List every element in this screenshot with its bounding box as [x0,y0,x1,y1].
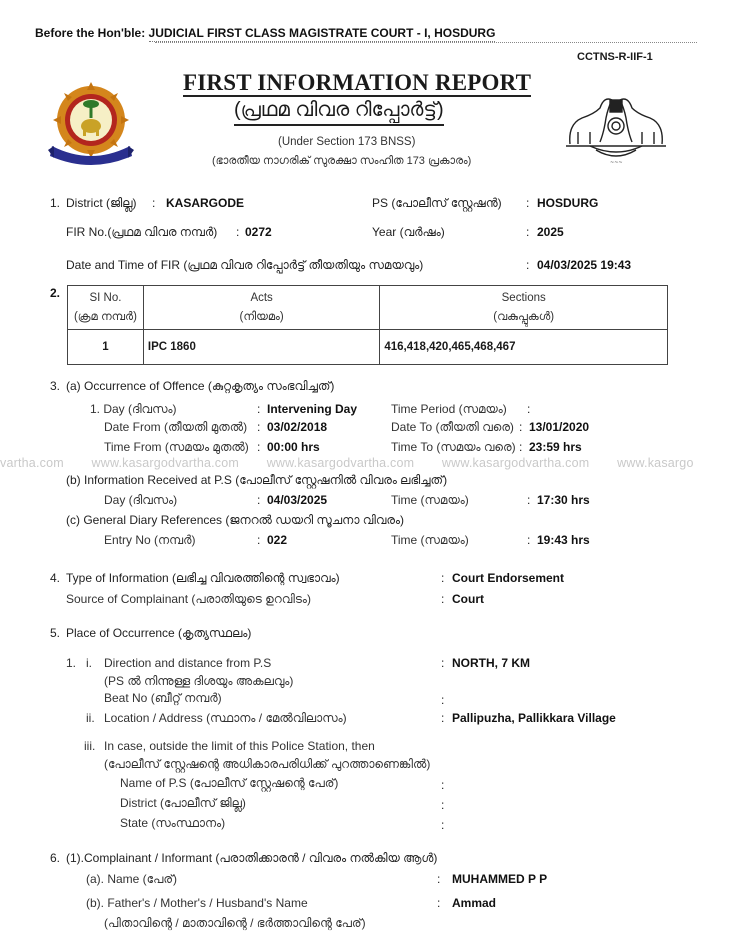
form-code: CCTNS-R-IIF-1 [577,51,653,63]
time-from-label: Time From (സമയം മുതൽ) [104,440,249,455]
column-header-text: SI No. [68,289,143,308]
fir-datetime-label: Date and Time of FIR (പ്രഥമ വിവര റിപ്പോർ… [66,258,423,273]
ps-colon: : [526,196,529,210]
received-time-value: 17:30 hrs [537,493,590,507]
type-of-information-label: Type of Information (ലഭിച്ച വിവരത്തിന്റെ… [66,571,340,586]
date-to-colon: : [519,420,522,434]
source-of-complainant-value: Court [452,592,484,606]
section-6-number: 6. [50,851,60,865]
report-title: FIRST INFORMATION REPORT [183,70,531,97]
location-colon: : [441,711,444,725]
received-time-label: Time (സമയം) [391,493,469,508]
district-label: District (ജില്ല) [66,196,136,211]
ps-value: HOSDURG [537,196,598,210]
court-name: JUDICIAL FIRST CLASS MAGISTRATE COURT - … [149,26,496,42]
relative-name-colon: : [437,896,440,910]
complainant-name-colon: : [437,872,440,886]
gd-time-label: Time (സമയം) [391,533,469,548]
time-to-colon: : [519,440,522,454]
time-period-colon: : [527,402,530,416]
column-header-text-ml: (വകുപ്പുകൾ) [380,308,667,327]
year-value: 2025 [537,225,564,239]
column-header-sl-no: SI No.(ക്രമ നമ്പർ) [68,286,144,330]
type-colon: : [441,571,444,585]
year-colon: : [526,225,529,239]
source-of-complainant-label: Source of Complainant (പരാതിയുടെ ഉറവിടം) [66,592,311,607]
entry-no-value: 022 [267,533,287,547]
state-colon: : [441,818,444,832]
watermark-text: vartha.com www.kasargodvartha.com www.ka… [0,456,694,470]
time-from-value: 00:00 hrs [267,440,320,454]
date-from-label: Date From (തീയതി മുതൽ) [104,420,247,435]
day-value: Intervening Day [267,402,357,416]
ps-name-label: Name of P.S (പോലീസ് സ്റ്റേഷന്റെ പേര്) [120,776,338,791]
entry-no-label: Entry No (നമ്പർ) [104,533,196,548]
gd-time-value: 19:43 hrs [537,533,590,547]
item-ii-number: ii. [86,711,95,725]
direction-label: Direction and distance from P.S [104,656,271,670]
section-2-number: 2. [50,286,60,300]
date-from-value: 03/02/2018 [267,420,327,434]
column-header-text: Acts [144,289,379,308]
column-header-text-ml: (നിയമം) [144,308,379,327]
column-header-acts: Acts(നിയമം) [143,286,379,330]
time-period-label: Time Period (സമയം) [391,402,507,417]
time-to-label: Time To (സമയം വരെ) [391,440,516,455]
item-iii-number: iii. [84,739,95,753]
column-header-text: Sections [380,289,667,308]
state-label: State (സംസ്ഥാനം) [120,816,225,831]
outside-limit-label-malayalam: (പോലീസ് സ്റ്റേഷന്റെ അധികാരപരിധിക്ക് പുറത… [104,757,430,772]
svg-text:~~~: ~~~ [610,160,623,166]
day-label: 1. Day (ദിവസം) [90,402,177,417]
gd-references-title: (c) General Diary References (ജനറൽ ഡയറി … [66,513,404,528]
relative-name-value: Ammad [452,896,496,910]
date-to-value: 13/01/2020 [529,420,589,434]
direction-label-malayalam: (PS ൽ നിന്നുള്ള ദിശയും അകലവും) [104,674,293,689]
court-prefix: Before the Hon'ble: [35,26,149,40]
direction-value: NORTH, 7 KM [452,656,530,670]
report-title-malayalam: (പ്രഥമ വിവര റിപ്പോർട്ട്) [234,97,444,126]
fir-datetime-colon: : [526,258,529,272]
gd-time-colon: : [527,533,530,547]
direction-colon: : [441,656,444,670]
relative-name-label-malayalam: (പിതാവിന്റെ / മാതാവിന്റെ / ഭർത്താവിന്റെ … [104,916,366,931]
date-to-label: Date To (തീയതി വരെ) [391,420,514,435]
kerala-state-emblem-icon: ~~~ [560,86,672,168]
time-to-value: 23:59 hrs [529,440,582,454]
location-label: Location / Address (സ്ഥാനം / മേൽവിലാസം) [104,711,347,726]
received-day-label: Day (ദിവസം) [104,493,177,508]
column-header-text-ml: (ക്രമ നമ്പർ) [68,308,143,327]
cell-act: IPC 1860 [143,330,379,365]
section-1-number: 1. [50,196,60,210]
received-day-colon: : [257,493,260,507]
fir-number-colon: : [236,225,239,239]
date-from-colon: : [257,420,260,434]
received-day-value: 04/03/2025 [267,493,327,507]
cell-sections: 416,418,420,465,468,467 [380,330,668,365]
location-value: Pallipuzha, Pallikkara Village [452,711,616,725]
section-4-number: 4. [50,571,60,585]
outside-district-label: District (പോലീസ് ജില്ല) [120,796,246,811]
ps-label: PS (പോലീസ് സ്റ്റേഷൻ) [372,196,502,211]
table-row: 1 IPC 1860 416,418,420,465,468,467 [68,330,668,365]
column-header-sections: Sections(വകുപ്പുകൾ) [380,286,668,330]
place-of-occurrence-title: Place of Occurrence (കൃത്യസ്ഥലം) [66,626,251,641]
received-time-colon: : [527,493,530,507]
fir-number-label: FIR No.(പ്രഥമ വിവര നമ്പർ) [66,225,217,240]
type-of-information-value: Court Endorsement [452,571,564,585]
fir-number-value: 0272 [245,225,272,239]
source-colon: : [441,592,444,606]
ps-name-colon: : [441,778,444,792]
district-colon: : [152,196,155,210]
section-5-number: 5. [50,626,60,640]
year-label: Year (വർഷം) [372,225,445,240]
court-dotted-line [155,42,697,43]
outside-limit-label: In case, outside the limit of this Polic… [104,739,375,753]
complainant-title: (1).Complainant / Informant (പരാതിക്കാരൻ… [66,851,437,866]
acts-table: SI No.(ക്രമ നമ്പർ) Acts(നിയമം) Sections(… [67,285,668,365]
info-received-title: (b) Information Received at P.S (പോലീസ് … [66,473,447,488]
cell-sl-no: 1 [68,330,144,365]
under-section: (Under Section 173 BNSS) [278,136,415,148]
day-colon: : [257,402,260,416]
kerala-police-emblem-icon [48,80,134,170]
beat-no-label: Beat No (ബീറ്റ് നമ്പർ) [104,691,222,706]
court-header: Before the Hon'ble: JUDICIAL FIRST CLASS… [35,26,495,40]
beat-no-colon: : [441,693,444,707]
time-from-colon: : [257,440,260,454]
outside-district-colon: : [441,798,444,812]
entry-no-colon: : [257,533,260,547]
acts-table-header: SI No.(ക്രമ നമ്പർ) Acts(നിയമം) Sections(… [68,286,668,330]
occurrence-title: (a) Occurrence of Offence (കുറ്റകൃത്യം സ… [66,379,334,394]
relative-name-label: (b). Father's / Mother's / Husband's Nam… [86,896,308,910]
fir-datetime-value: 04/03/2025 19:43 [537,258,631,272]
complainant-name-value: MUHAMMED P P [452,872,547,886]
under-section-malayalam: (ഭാരതീയ നാഗരിക് സുരക്ഷാ സംഹിത 173 പ്രകാര… [212,155,471,168]
complainant-name-label: (a). Name (പേര്) [86,872,177,887]
district-value: KASARGODE [166,196,244,210]
section-3-number: 3. [50,379,60,393]
item-1-i-number: 1. i. [66,656,92,670]
